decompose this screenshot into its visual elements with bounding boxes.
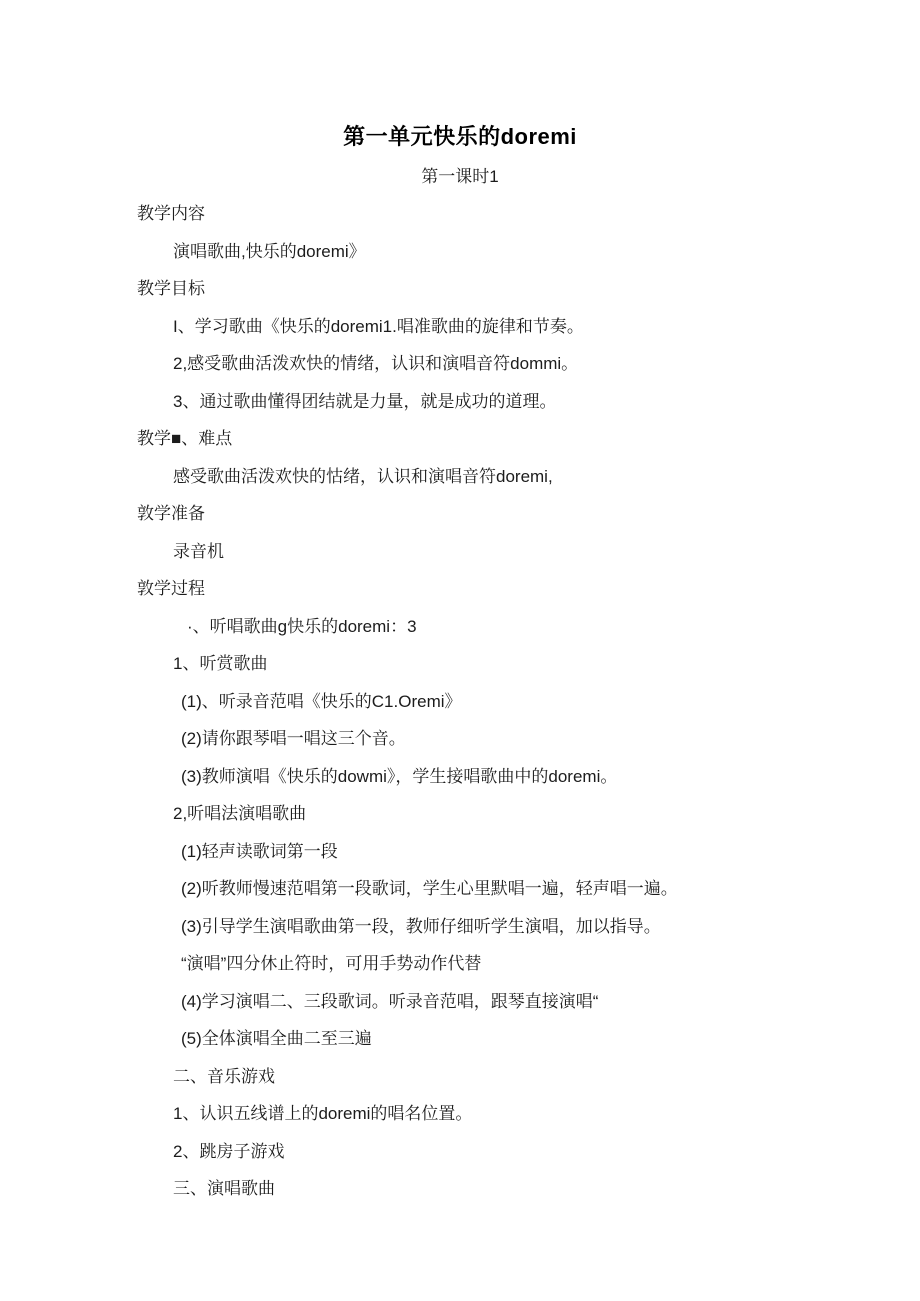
para-preparation-item: 录音机 — [173, 541, 850, 562]
para-listen-item-2: (2)请你跟琴唱一唱这三个音。 — [181, 728, 850, 749]
document-page: 第一单元快乐的doremi 第一课时1 教学内容 演唱歌曲,快乐的doremi》… — [0, 0, 920, 1301]
para-sing-method: 2,听唱法演唱歌曲 — [173, 803, 850, 824]
para-listen-item-3: (3)教师演唱《快乐的dowmi》，学生接唱歌曲中的doremi。 — [181, 766, 850, 787]
doc-text-block: 教学内容 演唱歌曲,快乐的doremi》 教学目标 I、学习歌曲《快乐的dore… — [137, 203, 850, 1199]
document-body: 第一单元快乐的doremi 第一课时1 教学内容 演唱歌曲,快乐的doremi》… — [0, 0, 920, 1199]
para-sing-item-3: (3)引导学生演唱歌曲第一段，教师仔细听学生演唱，加以指导。 — [181, 916, 850, 937]
para-listen-appreciate: 1、听赏歌曲 — [173, 653, 850, 674]
para-sing-item-1: (1)轻声读歌词第一段 — [181, 841, 850, 862]
para-difficulty: 感受歌曲活泼欢快的怙绪，认识和演唱音符doremi, — [173, 466, 850, 487]
para-goal-1: I、学习歌曲《快乐的doremi1.唱准歌曲的旋律和节奏。 — [173, 316, 850, 337]
para-listen-item-1: (1)、听录音范唱《快乐的C1.Oremi》 — [181, 691, 850, 712]
para-game-1: 1、认识五线谱上的doremi的唱名位置。 — [173, 1103, 850, 1124]
para-process-step-listen-sing: ·、听唱歌曲g快乐的doremi：3 — [187, 616, 850, 637]
heading-teaching-content: 教学内容 — [137, 203, 850, 224]
para-game-2: 2、跳房子游戏 — [173, 1141, 850, 1162]
para-sing-item-5: (5)全体演唱全曲二至三遍 — [181, 1028, 850, 1049]
heading-teaching-preparation: 敦学准备 — [137, 503, 850, 524]
para-sing-item-2: (2)听教师慢速范唱第一段歌词，学生心里默唱一遍，轻声唱一遍。 — [181, 878, 850, 899]
heading-sing-song: 三、演唱歌曲 — [173, 1178, 850, 1199]
para-sing-rest-note: “演唱”四分休止符时，可用手势动作代替 — [181, 953, 850, 974]
para-goal-3: 3、通过歌曲懂得团结就是力量，就是成功的道理。 — [173, 391, 850, 412]
doc-subtitle: 第一课时1 — [0, 165, 920, 189]
heading-teaching-goals: 教学目标 — [137, 278, 850, 299]
para-goal-2: 2,感受歌曲活泼欢快的情绪，认识和演唱音符dommi。 — [173, 353, 850, 374]
para-teaching-content-item: 演唱歌曲,快乐的doremi》 — [173, 241, 850, 262]
heading-teaching-process: 敦学过程 — [137, 578, 850, 599]
doc-title: 第一单元快乐的doremi — [0, 122, 920, 152]
para-sing-item-4: (4)学习演唱二、三段歌词。听录音范唱，跟琴直接演唱“ — [181, 991, 850, 1012]
heading-music-game: 二、音乐游戏 — [173, 1066, 850, 1087]
heading-key-difficulties: 教学■、难点 — [137, 428, 850, 449]
